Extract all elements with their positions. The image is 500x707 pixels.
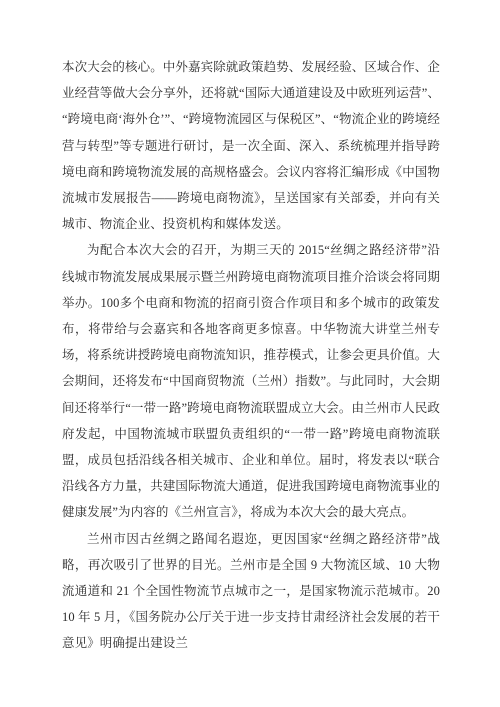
paragraph-conference-summary: 本次大会的核心。中外嘉宾除就政策趋势、发展经验、区域合作、企业经营等做大会分享外… xyxy=(62,54,440,237)
paragraph-lanzhou-background: 兰州市因古丝绸之路闻名遐迩，更因国家“丝绸之路经济带”战略，再次吸引了世界的目光… xyxy=(62,526,440,657)
paragraph-concurrent-events: 为配合本次大会的召开，为期三天的 2015“丝绸之路经济带”沿线城市物流发展成果… xyxy=(62,237,440,525)
document-page: 本次大会的核心。中外嘉宾除就政策趋势、发展经验、区域合作、企业经营等做大会分享外… xyxy=(0,0,500,707)
document-body: 本次大会的核心。中外嘉宾除就政策趋势、发展经验、区域合作、企业经营等做大会分享外… xyxy=(62,54,440,657)
